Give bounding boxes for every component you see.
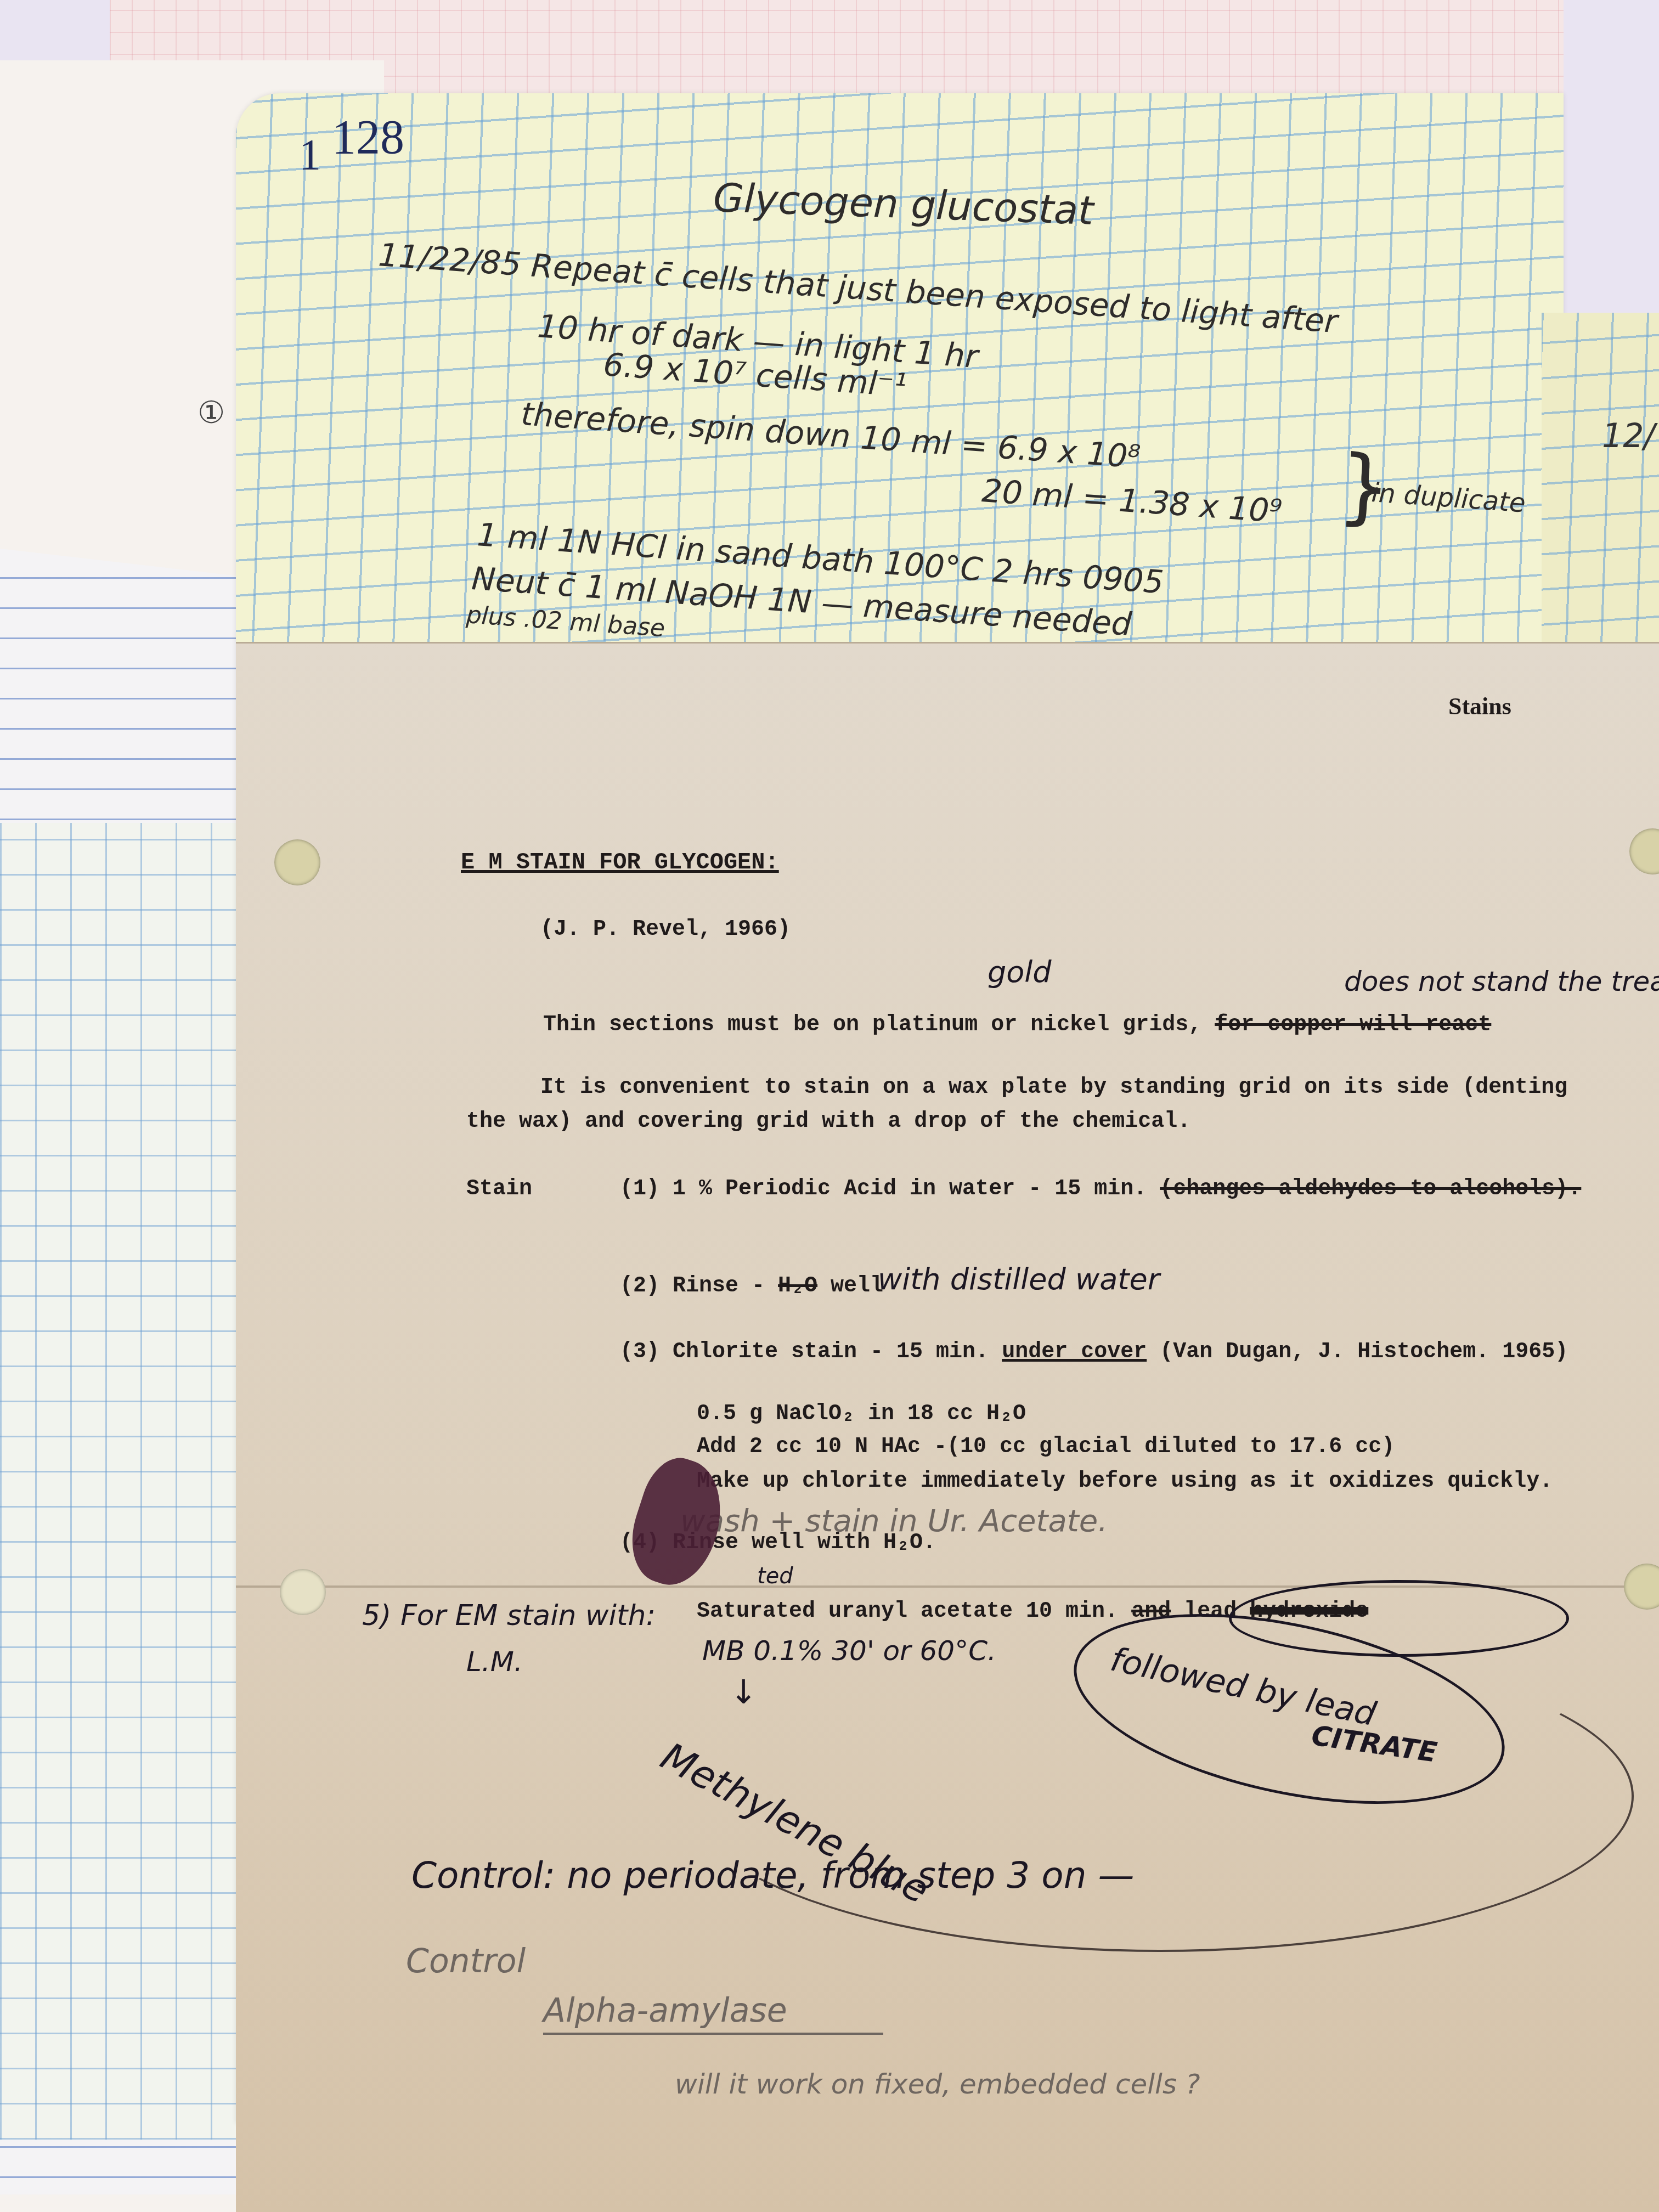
lm-label: L.M. (466, 1646, 523, 1678)
step-1-text: 1 % Periodic Acid in water - 15 min. (673, 1177, 1147, 1201)
background-grid-paper (0, 823, 236, 2140)
notebook-next-page (1542, 313, 1659, 653)
punch-hole-left-bottom (280, 1569, 326, 1615)
step-3: (3) Chlorite stain - 15 min. under cover… (620, 1340, 1568, 1364)
step-3-detail-1: 0.5 g NaClO₂ in 18 cc H₂O (697, 1402, 1026, 1426)
page-number-prefix: 1 (299, 131, 321, 179)
punch-hole-left-top (274, 839, 320, 885)
step-3-num: (3) (620, 1340, 659, 1364)
step-3-detail-3: Make up chlorite immediately before usin… (697, 1469, 1553, 1494)
step-3-text: Chlorite stain - 15 min. (673, 1340, 989, 1364)
step-2-text2: well (831, 1274, 883, 1299)
step-5-text: Saturated uranyl acetate 10 min. (697, 1599, 1118, 1624)
para-1-text: Thin sections must be on platinum or nic… (543, 1013, 1201, 1037)
alpha-amylase-note: Alpha-amylase (543, 1991, 787, 2030)
step-1-num: (1) (620, 1177, 659, 1201)
para-1: Thin sections must be on platinum or nic… (543, 1013, 1491, 1037)
step-1-struck: (changes aldehydes to alcohols). (1160, 1177, 1581, 1201)
insert-gold: gold (988, 955, 1052, 989)
page-number: 1128 (299, 110, 404, 165)
step-2-text: Rinse - (673, 1274, 765, 1299)
step-3-ref: (Van Dugan, J. Histochem. 1965) (1160, 1340, 1568, 1364)
step-2-num: (2) (620, 1274, 659, 1299)
arrow-down-icon: ↓ (730, 1673, 757, 1712)
step-2: (2) Rinse - H₂O well (620, 1274, 883, 1299)
step-5-insert: ted (757, 1564, 793, 1589)
control-note-1: Control: no periodate, from step 3 on — (411, 1854, 1135, 1897)
sheet-title: E M STAIN FOR GLYCOGEN: (461, 849, 779, 876)
stain-label: Stain (466, 1177, 532, 1201)
margin-circle-note: ① (198, 395, 225, 431)
para-1-struck: for copper will react (1215, 1013, 1491, 1037)
step-3-detail-2: Add 2 cc 10 N HAc -(10 cc glacial dilute… (697, 1435, 1395, 1459)
para-2-line-1: It is convenient to stain on a wax plate… (540, 1075, 1567, 1100)
note-does-not-stand: does not stand the treatment (1344, 966, 1659, 997)
next-page-date: 12/ (1602, 417, 1655, 455)
step-3-underlined: under cover (1002, 1340, 1147, 1364)
para-2-line-2: the wax) and covering grid with a drop o… (466, 1109, 1190, 1134)
step-5-handwritten: 5) For EM stain with: (362, 1599, 656, 1632)
page-number-value: 128 (332, 111, 404, 164)
control-label-2: Control (406, 1942, 526, 1980)
sheet-citation: (J. P. Revel, 1966) (540, 917, 791, 942)
sheet-header: Stains (1448, 692, 1511, 720)
question-note: will it work on fixed, embedded cells ? (675, 2068, 1200, 2100)
step-2-note: with distilled water (878, 1262, 1160, 1296)
circle-control-note (686, 1640, 1634, 1952)
step-2-struck: H₂O (778, 1274, 817, 1299)
step-1: (1) 1 % Periodic Acid in water - 15 min.… (620, 1177, 1581, 1201)
alpha-amylase-underline (543, 2033, 883, 2035)
